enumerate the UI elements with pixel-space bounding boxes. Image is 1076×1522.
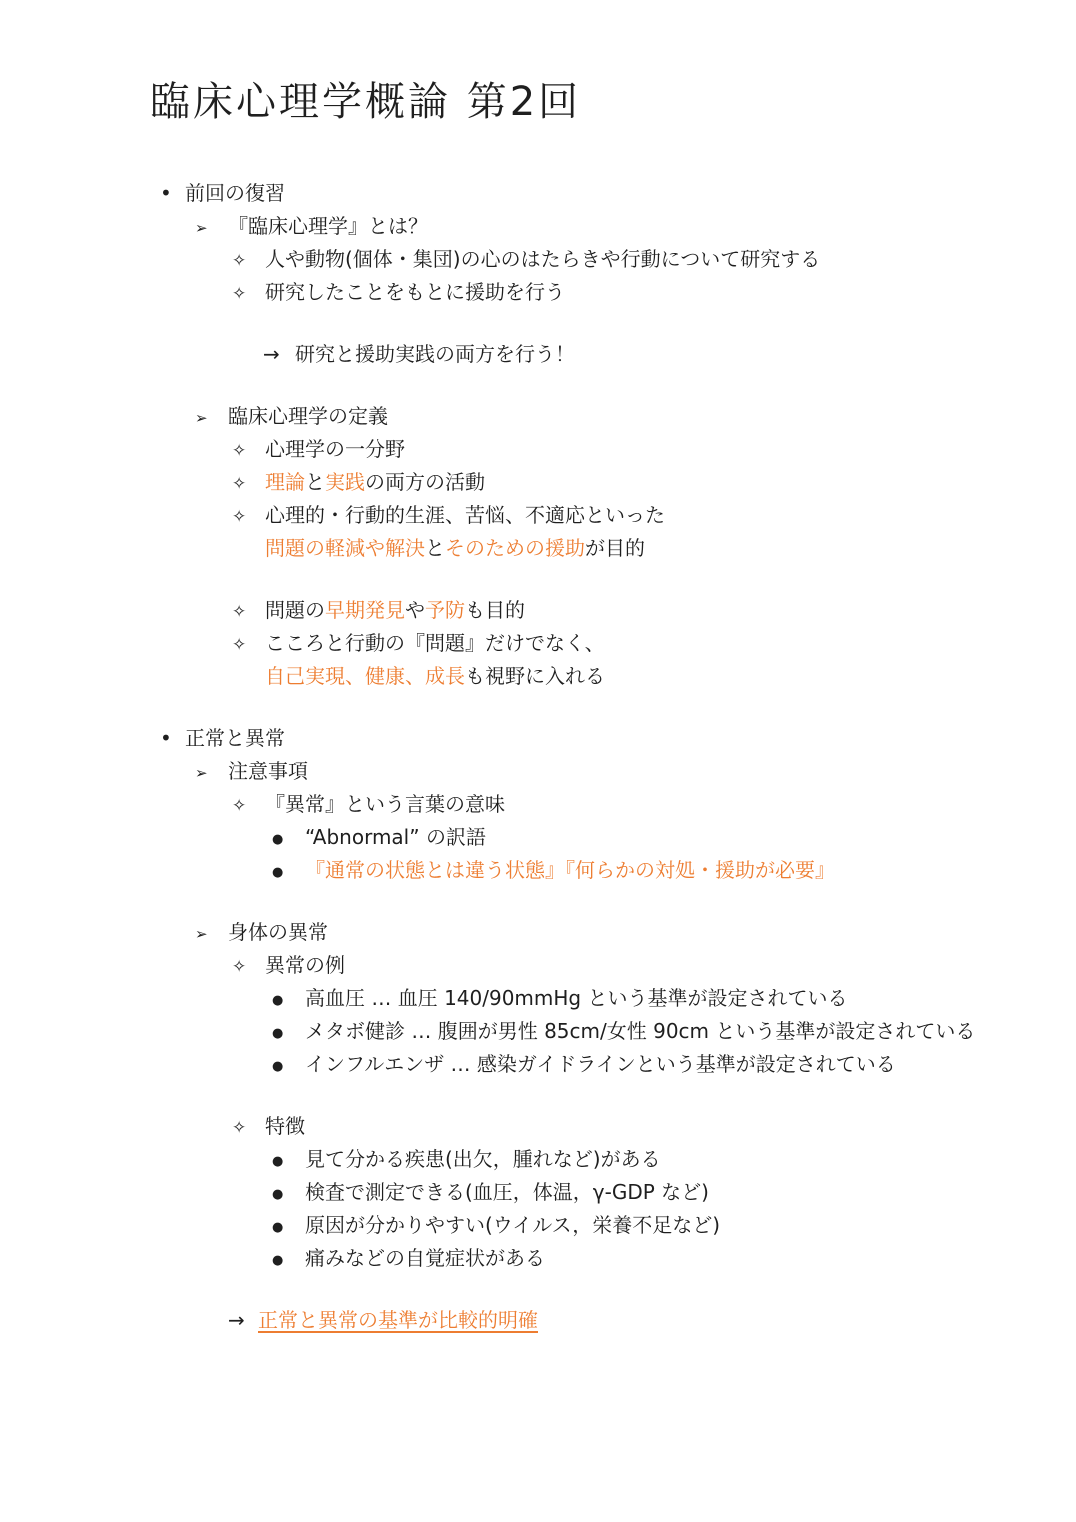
outline-item: ✧『異常』という言葉の意味	[0, 788, 1076, 821]
outline-item-continuation: 自己実現、健康、成長も視野に入れる	[0, 660, 1076, 693]
disc-bullet-icon: ●	[272, 1178, 305, 1211]
disc-bullet-icon: ●	[272, 856, 305, 889]
page-title: 臨床心理学概論 第2回	[0, 0, 1076, 127]
text-segment: 研究したことをもとに援助を行う	[265, 280, 565, 304]
outline-item: ●“Abnormal” の訳語	[0, 821, 1076, 854]
disc-bullet-icon: ●	[272, 1017, 305, 1050]
text-segment: 正常と異常	[185, 726, 285, 750]
diamond-bullet-icon: ✧	[232, 245, 265, 278]
text-segment: “Abnormal” の訳語	[305, 825, 486, 849]
text-segment: 人や動物(個体・集団)の心のはたらきや行動について研究する	[265, 247, 820, 271]
text-segment: 『異常』という言葉の意味	[265, 792, 505, 816]
outline-item: ✧心理学の一分野	[0, 433, 1076, 466]
text-segment: の両方の活動	[365, 470, 485, 494]
text-segment: 『臨床心理学』とは？	[228, 214, 428, 238]
outline-item: ✧人や動物(個体・集団)の心のはたらきや行動について研究する	[0, 243, 1076, 276]
text-segment: や	[405, 598, 425, 622]
outline-item: ●痛みなどの自覚症状がある	[0, 1242, 1076, 1275]
text-segment: こころと行動の『問題』だけでなく、	[265, 631, 605, 655]
arrowhead-bullet-icon: ➢	[195, 757, 228, 790]
outline-item: ➢身体の異常	[0, 916, 1076, 949]
outline-item: ✧研究したことをもとに援助を行う	[0, 276, 1076, 309]
outline-item: ●原因が分かりやすい(ウイルス，栄養不足など)	[0, 1209, 1076, 1242]
text-segment: 原因が分かりやすい(ウイルス，栄養不足など)	[305, 1213, 720, 1237]
diamond-bullet-icon: ✧	[232, 278, 265, 311]
outline-item: •正常と異常	[0, 722, 1076, 755]
text-segment: 正常と異常の基準が比較的明確	[258, 1308, 538, 1332]
text-segment: 高血圧 … 血圧 140/90mmHg という基準が設定されている	[305, 986, 848, 1010]
outline-item: ➢注意事項	[0, 755, 1076, 788]
text-segment: 見て分かる疾患(出欠，腫れなど)がある	[305, 1147, 661, 1171]
disc-bullet-icon: ●	[272, 1244, 305, 1277]
text-segment: メタボ健診 … 腹囲が男性 85cm/女性 90cm という基準が設定されている	[305, 1019, 975, 1043]
outline-item: ✧こころと行動の『問題』だけでなく、	[0, 627, 1076, 660]
text-segment: 前回の復習	[185, 181, 285, 205]
arrow-icon: →	[228, 1304, 258, 1337]
diamond-bullet-icon: ✧	[232, 596, 265, 629]
text-segment: 予防	[425, 598, 465, 622]
text-segment: と	[305, 470, 325, 494]
disc-bullet-icon: ●	[272, 984, 305, 1017]
disc-bullet-icon: ●	[272, 1211, 305, 1244]
arrowhead-bullet-icon: ➢	[195, 212, 228, 245]
text-segment: 痛みなどの自覚症状がある	[305, 1246, 545, 1270]
bullet-icon: •	[160, 722, 185, 755]
text-segment: そのための援助	[445, 536, 585, 560]
outline-item: ●見て分かる疾患(出欠，腫れなど)がある	[0, 1143, 1076, 1176]
outline-item: ●検査で測定できる(血圧，体温，γ-GDP など)	[0, 1176, 1076, 1209]
diamond-bullet-icon: ✧	[232, 468, 265, 501]
outline: •前回の復習 ➢『臨床心理学』とは？ ✧人や動物(個体・集団)の心のはたらきや行…	[0, 177, 1076, 1337]
outline-item: ✧問題の早期発見や予防も目的	[0, 594, 1076, 627]
text-segment: と	[425, 536, 445, 560]
text-segment: 問題の	[265, 598, 325, 622]
outline-item: •前回の復習	[0, 177, 1076, 210]
outline-item: ✧心理的・行動的生涯、苦悩、不適応といった	[0, 499, 1076, 532]
text-segment: も視野に入れる	[465, 664, 605, 688]
text-segment: 理論	[265, 470, 305, 494]
diamond-bullet-icon: ✧	[232, 1112, 265, 1145]
text-segment: 注意事項	[228, 759, 308, 783]
outline-item: ➢臨床心理学の定義	[0, 400, 1076, 433]
outline-item: ●メタボ健診 … 腹囲が男性 85cm/女性 90cm という基準が設定されてい…	[0, 1015, 1076, 1048]
outline-item-continuation: 問題の軽減や解決とそのための援助が目的	[0, 532, 1076, 565]
text-segment: 実践	[325, 470, 365, 494]
text-segment: 研究と援助実践の両方を行う！	[295, 342, 575, 366]
bullet-icon: •	[160, 177, 185, 210]
disc-bullet-icon: ●	[272, 823, 305, 856]
text-segment: も目的	[465, 598, 525, 622]
disc-bullet-icon: ●	[272, 1050, 305, 1083]
outline-item: ✧異常の例	[0, 949, 1076, 982]
text-segment: 身体の異常	[228, 920, 328, 944]
outline-item: →正常と異常の基準が比較的明確	[0, 1304, 1076, 1337]
text-segment: 問題の軽減や解決	[265, 536, 425, 560]
diamond-bullet-icon: ✧	[232, 790, 265, 823]
text-segment: 早期発見	[325, 598, 405, 622]
outline-item: →研究と援助実践の両方を行う！	[0, 338, 1076, 371]
diamond-bullet-icon: ✧	[232, 951, 265, 984]
text-segment: インフルエンザ … 感染ガイドラインという基準が設定されている	[305, 1052, 896, 1076]
text-segment: 心理的・行動的生涯、苦悩、不適応といった	[265, 503, 665, 527]
text-segment: 臨床心理学の定義	[228, 404, 388, 428]
text-segment: 特徴	[265, 1114, 305, 1138]
outline-item: ●『通常の状態とは違う状態』『何らかの対処・援助が必要』	[0, 854, 1076, 887]
diamond-bullet-icon: ✧	[232, 501, 265, 534]
diamond-bullet-icon: ✧	[232, 629, 265, 662]
text-segment: 検査で測定できる(血圧，体温，γ-GDP など)	[305, 1180, 709, 1204]
diamond-bullet-icon: ✧	[232, 435, 265, 468]
text-segment: 異常の例	[265, 953, 345, 977]
outline-item: ●インフルエンザ … 感染ガイドラインという基準が設定されている	[0, 1048, 1076, 1081]
outline-item: ✧理論と実践の両方の活動	[0, 466, 1076, 499]
disc-bullet-icon: ●	[272, 1145, 305, 1178]
text-segment: 『通常の状態とは違う状態』『何らかの対処・援助が必要』	[305, 858, 835, 882]
outline-item: ✧特徴	[0, 1110, 1076, 1143]
text-segment: が目的	[585, 536, 645, 560]
arrowhead-bullet-icon: ➢	[195, 918, 228, 951]
outline-item: ●高血圧 … 血圧 140/90mmHg という基準が設定されている	[0, 982, 1076, 1015]
arrow-icon: →	[263, 338, 295, 371]
arrowhead-bullet-icon: ➢	[195, 402, 228, 435]
document-page: 臨床心理学概論 第2回 •前回の復習 ➢『臨床心理学』とは？ ✧人や動物(個体・…	[0, 0, 1076, 1522]
outline-item: ➢『臨床心理学』とは？	[0, 210, 1076, 243]
text-segment: 心理学の一分野	[265, 437, 405, 461]
text-segment: 自己実現、健康、成長	[265, 664, 465, 688]
